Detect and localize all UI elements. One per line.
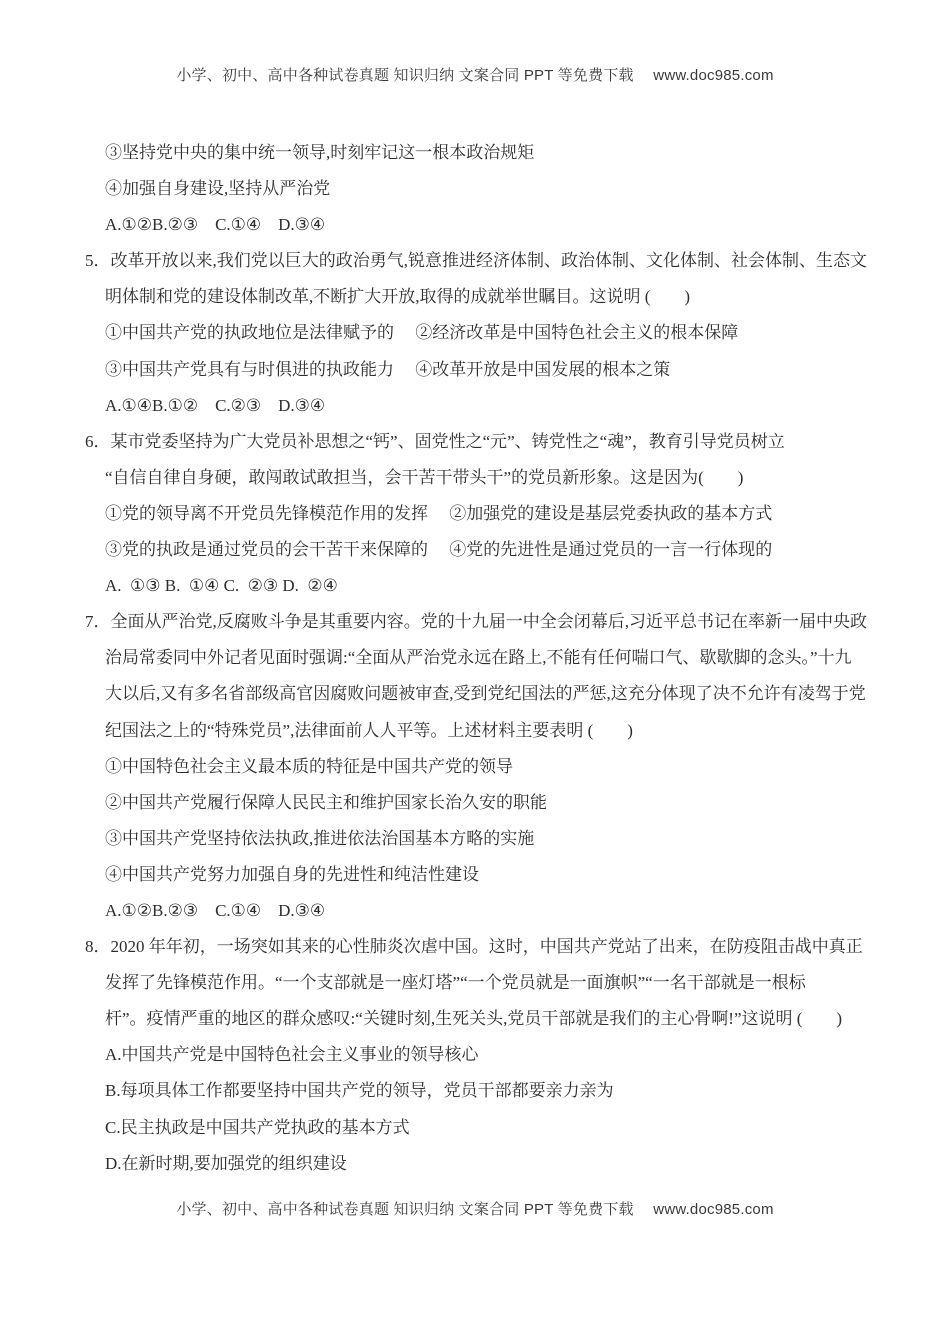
text-line: 纪国法之上的“特殊党员”,法律面前人人平等。上述材料主要表明 ( ): [0, 713, 950, 749]
answer-option-line: C.民主执政是中国共产党执政的基本方式: [0, 1110, 950, 1146]
text-line: ③中国共产党具有与时俱进的执政能力 ④改革开放是中国发展的根本之策: [0, 352, 950, 388]
text-line: ④中国共产党努力加强自身的先进性和纯洁性建设: [0, 857, 950, 893]
text-line: ①中国共产党的执政地位是法律赋予的 ②经济改革是中国特色社会主义的根本保障: [0, 315, 950, 351]
answer-option-line: B.每项具体工作都要坚持中国共产党的领导，党员干部都要亲力亲为: [0, 1073, 950, 1109]
text-line: ③中国共产党坚持依法执政,推进依法治国基本方略的实施: [0, 821, 950, 857]
text-line: ①中国特色社会主义最本质的特征是中国共产党的领导: [0, 749, 950, 785]
text-line: 杆”。疫情严重的地区的群众感叹:“关键时刻,生死关头,党员干部就是我们的主心骨啊…: [0, 1001, 950, 1037]
text-line: ③党的执政是通过党员的会干苦干来保障的 ④党的先进性是通过党员的一言一行体现的: [0, 532, 950, 568]
text-line: 明体制和党的建设体制改革,不断扩大开放,取得的成就举世瞩目。这说明 ( ): [0, 279, 950, 315]
answer-options-line: A. ①③ B. ①④ C. ②③ D. ②④: [0, 568, 950, 604]
answer-options-line: A.①②B.②③ C.①④ D.③④: [0, 893, 950, 929]
footer-note: 小学、初中、高中各种试卷真题 知识归纳 文案合同 PPT 等免费下载 www.d…: [0, 1198, 950, 1219]
question-line: 5．改革开放以来,我们党以巨大的政治勇气,锐意推进经济体制、政治体制、文化体制、…: [0, 243, 950, 279]
answer-option-line: D.在新时期,要加强党的组织建设: [0, 1146, 950, 1182]
text-line: ②中国共产党履行保障人民民主和维护国家长治久安的职能: [0, 785, 950, 821]
answer-options-line: A.①②B.②③ C.①④ D.③④: [0, 207, 950, 243]
text-line: 治局常委同中外记者见面时强调:“全面从严治党永远在路上,不能有任何喘口气、歇歇脚…: [0, 640, 950, 676]
question-line: 6．某市党委坚持为广大党员补思想之“钙”、固党性之“元”、铸党性之“魂”，教育引…: [0, 424, 950, 460]
answer-options-line: A.①④B.①② C.②③ D.③④: [0, 388, 950, 424]
text-line: ③坚持党中央的集中统一领导,时刻牢记这一根本政治规矩: [0, 135, 950, 171]
question-line: 8．2020 年年初，一场突如其来的心性肺炎次虐中国。这时，中国共产党站了出来，…: [0, 929, 950, 965]
answer-option-line: A.中国共产党是中国特色社会主义事业的领导核心: [0, 1037, 950, 1073]
text-line: 大以后,又有多名省部级高官因腐败问题被审查,受到党纪国法的严惩,这充分体现了决不…: [0, 676, 950, 712]
text-line: ④加强自身建设,坚持从严治党: [0, 171, 950, 207]
question-line: 7．全面从严治党,反腐败斗争是其重要内容。党的十九届一中全会闭幕后,习近平总书记…: [0, 604, 950, 640]
text-line: ①党的领导离不开党员先锋模范作用的发挥 ②加强党的建设是基层党委执政的基本方式: [0, 496, 950, 532]
text-line: “自信自律自身硬，敢闯敢试敢担当，会干苦干带头干”的党员新形象。这是因为( ): [0, 460, 950, 496]
document-page: 小学、初中、高中各种试卷真题 知识归纳 文案合同 PPT 等免费下载 www.d…: [0, 0, 950, 1344]
text-line: 发挥了先锋模范作用。“一个支部就是一座灯塔”“一个党员就是一面旗帜”“一名干部就…: [0, 965, 950, 1001]
header-note: 小学、初中、高中各种试卷真题 知识归纳 文案合同 PPT 等免费下载 www.d…: [0, 64, 950, 85]
document-body: ③坚持党中央的集中统一领导,时刻牢记这一根本政治规矩 ④加强自身建设,坚持从严治…: [0, 135, 950, 1182]
